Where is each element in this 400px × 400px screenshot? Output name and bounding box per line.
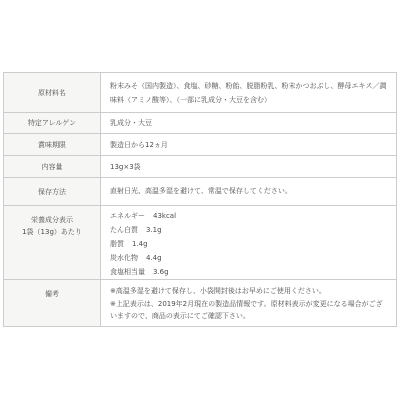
page-canvas: 原材料名 粉末みそ（国内製造）、食塩、砂糖、粉飴、脱脂粉乳、粉末かつおぶし、酵母… <box>0 0 400 400</box>
nutrition-name: 食塩相当量 <box>110 268 145 276</box>
row-value-best-before: 製造日から12ヵ月 <box>101 134 396 155</box>
nutrition-label-line2: 1袋（13g）あたり <box>22 226 82 238</box>
row-value-ingredients: 粉末みそ（国内製造）、食塩、砂糖、粉飴、脱脂粉乳、粉末かつおぶし、酵母エキス／調… <box>101 73 396 112</box>
nutrition-value: 3.1g <box>146 226 162 234</box>
row-value-storage: 直射日光、高温多湿を避けて、常温で保存してください。 <box>101 178 396 205</box>
table-row-net-content: 内容量 13g×3袋 <box>4 156 396 178</box>
table-row-ingredients: 原材料名 粉末みそ（国内製造）、食塩、砂糖、粉飴、脱脂粉乳、粉末かつおぶし、酵母… <box>4 73 396 113</box>
table-row-remarks: 備考 ※高温多湿を避けて保存し、小袋開封後はお早めにご使用ください。 ※上記表示… <box>4 280 396 326</box>
row-label-best-before: 賞味期限 <box>4 134 101 155</box>
row-label-nutrition: 栄養成分表示 1袋（13g）あたり <box>4 206 101 279</box>
nutrition-name: 脂質 <box>110 240 124 248</box>
nutrition-value: 3.6g <box>153 268 169 276</box>
row-label-net-content: 内容量 <box>4 156 101 177</box>
nutrition-value: 1.4g <box>132 240 148 248</box>
row-value-nutrition: エネルギー43kcal たん白質3.1g 脂質1.4g 炭水化物4.4g 食塩相… <box>101 206 396 279</box>
nutrition-line-energy: エネルギー43kcal <box>110 209 388 223</box>
nutrition-value: 4.4g <box>146 254 162 262</box>
nutrition-line-fat: 脂質1.4g <box>110 237 388 251</box>
nutrition-name: たん白質 <box>110 226 138 234</box>
table-row-nutrition: 栄養成分表示 1袋（13g）あたり エネルギー43kcal たん白質3.1g 脂… <box>4 206 396 280</box>
row-value-remarks: ※高温多湿を避けて保存し、小袋開封後はお早めにご使用ください。 ※上記表示は、2… <box>101 280 396 326</box>
row-label-ingredients: 原材料名 <box>4 73 101 112</box>
nutrition-line-salt: 食塩相当量3.6g <box>110 265 388 279</box>
nutrition-line-carbs: 炭水化物4.4g <box>110 251 388 265</box>
nutrition-label-line1: 栄養成分表示 <box>31 214 73 226</box>
table-row-storage: 保存方法 直射日光、高温多湿を避けて、常温で保存してください。 <box>4 178 396 206</box>
table-row-best-before: 賞味期限 製造日から12ヵ月 <box>4 134 396 156</box>
product-info-table: 原材料名 粉末みそ（国内製造）、食塩、砂糖、粉飴、脱脂粉乳、粉末かつおぶし、酵母… <box>3 72 397 327</box>
row-label-storage: 保存方法 <box>4 178 101 205</box>
nutrition-line-protein: たん白質3.1g <box>110 223 388 237</box>
remarks-note-2: ※上記表示は、2019年2月現在の製造品情報です。原材料表示が変更になる場合がご… <box>110 298 388 323</box>
table-row-allergens: 特定アレルゲン 乳成分・大豆 <box>4 113 396 134</box>
remarks-note-1: ※高温多湿を避けて保存し、小袋開封後はお早めにご使用ください。 <box>110 285 388 298</box>
row-label-remarks: 備考 <box>4 280 101 326</box>
row-value-allergens: 乳成分・大豆 <box>101 113 396 133</box>
row-value-net-content: 13g×3袋 <box>101 156 396 177</box>
nutrition-name: エネルギー <box>110 212 145 220</box>
nutrition-name: 炭水化物 <box>110 254 138 262</box>
row-label-allergens: 特定アレルゲン <box>4 113 101 133</box>
nutrition-value: 43kcal <box>153 212 176 220</box>
